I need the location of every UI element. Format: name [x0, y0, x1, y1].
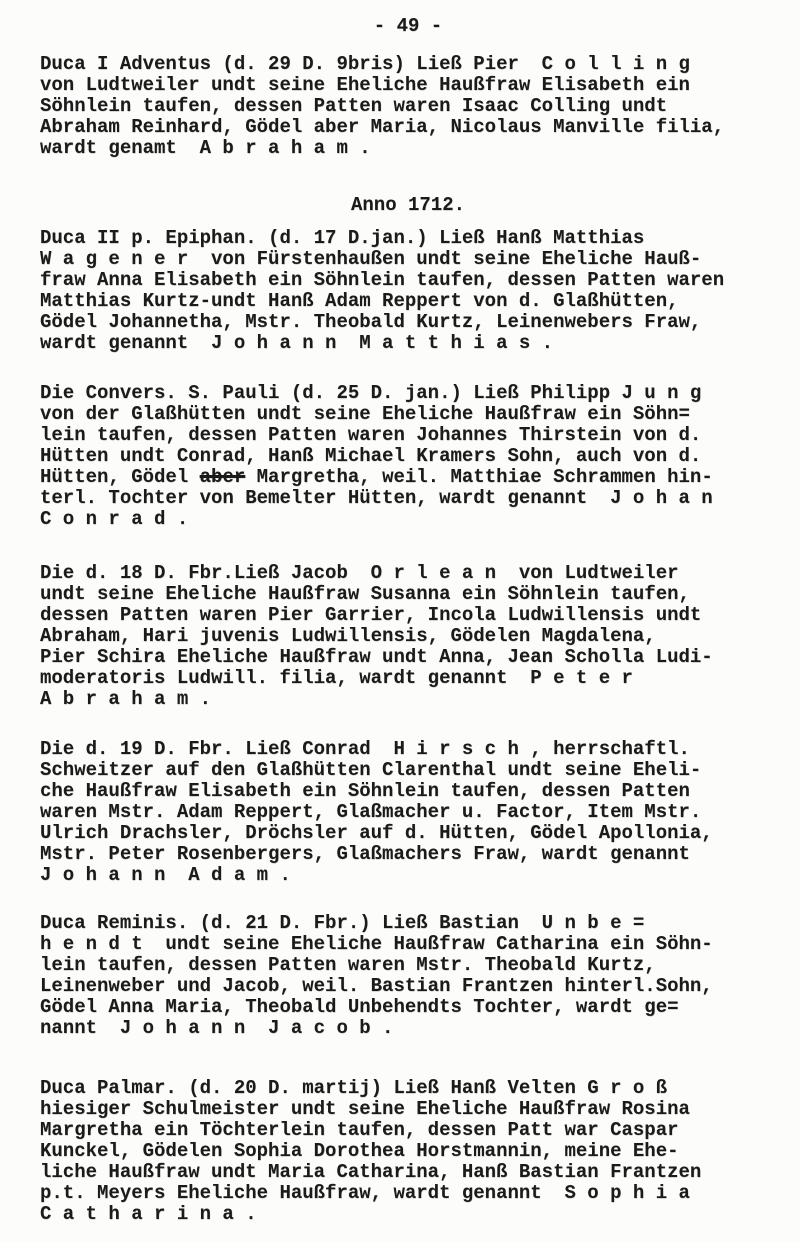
anno-heading: Anno 1712. — [40, 195, 776, 216]
page-number: - 49 - — [40, 16, 776, 37]
baptism-entry-7: Duca Palmar. (d. 20 D. martij) Ließ Hanß… — [40, 1078, 776, 1225]
baptism-entry-1: Duca I Adventus (d. 29 D. 9bris) Ließ Pi… — [40, 54, 776, 159]
baptism-entry-3: Die Convers. S. Pauli (d. 25 D. jan.) Li… — [40, 383, 776, 530]
baptism-entry-4: Die d. 18 D. Fbr.Ließ Jacob O r l e a n … — [40, 563, 776, 710]
baptism-entry-6: Duca Reminis. (d. 21 D. Fbr.) Ließ Basti… — [40, 913, 776, 1039]
baptism-entry-2: Duca II p. Epiphan. (d. 17 D.jan.) Ließ … — [40, 228, 776, 354]
document-page: - 49 - Duca I Adventus (d. 29 D. 9bris) … — [0, 0, 800, 1242]
struck-word: aber — [200, 466, 246, 488]
baptism-entry-5: Die d. 19 D. Fbr. Ließ Conrad H i r s c … — [40, 739, 776, 886]
